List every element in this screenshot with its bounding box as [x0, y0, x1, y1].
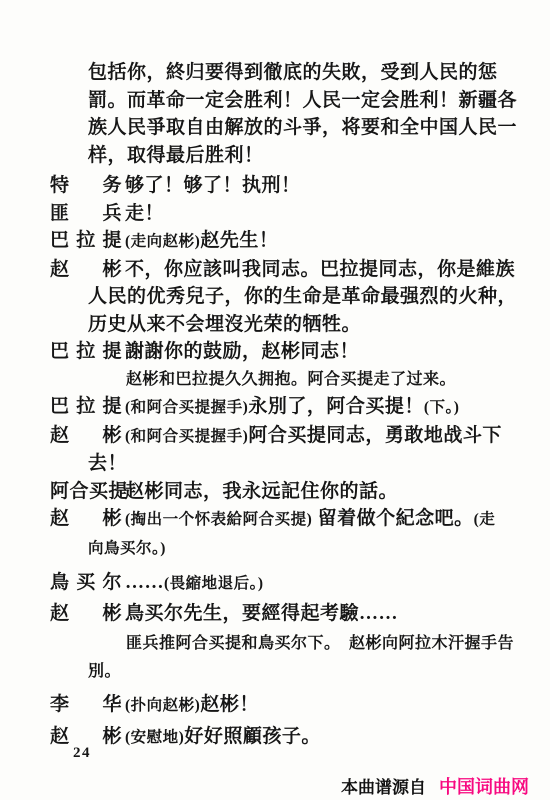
- dialogue-text: 留着做个紀念吧。: [312, 508, 473, 529]
- dialogue-text: 走！: [125, 203, 164, 224]
- stage-text: 別。: [88, 663, 121, 680]
- dialogue-row: 巴拉提謝謝你的鼓励，赵彬同志！: [0, 338, 550, 366]
- stage-direction-row: 匪兵推阿合买提和鳥买尔下。 赵彬向阿拉木汗握手告: [0, 630, 550, 658]
- dialogue-text: 鳥买尔先生，要經得起考驗……: [125, 603, 398, 624]
- dialogue-text: 不，你应該叫我同志。巴拉提同志，你是維族: [125, 259, 515, 280]
- stage-parenthetical: (安慰地): [125, 729, 184, 746]
- dialogue-text: 永別了，阿合买提！: [248, 396, 424, 417]
- stage-parenthetical: (畏縮地退后。): [164, 575, 264, 592]
- stage-parenthetical: (和阿合买提握手): [125, 399, 248, 416]
- stage-parenthetical: (掏出一个怀表給阿合买提): [125, 511, 312, 528]
- dialogue-continuation-row: 罰。而革命一定会胜利！人民一定会胜利！新疆各: [0, 87, 550, 115]
- speaker-name: 特 务: [50, 172, 122, 200]
- speaker-name: 赵 彬: [50, 422, 122, 450]
- dialogue-text: 赵彬！: [200, 694, 259, 715]
- stage-parenthetical: (走向赵彬): [125, 233, 200, 250]
- dialogue-text: 包括你，終归要得到徹底的失敗，受到人民的惩: [88, 62, 498, 83]
- dialogue-text: 去！: [88, 453, 127, 474]
- dialogue-text: 阿合买提同志，勇敢地战斗下: [248, 425, 502, 446]
- dialogue-wrap-row: 向鳥买尔。): [0, 534, 550, 563]
- dialogue-text: 族人民爭取自由解放的斗爭，将要和全中国人民一: [88, 117, 517, 138]
- dialogue-row: 匪 兵走！: [0, 200, 550, 228]
- speaker-name: 匪 兵: [50, 200, 122, 228]
- speaker-name: 赵 彬: [50, 256, 122, 284]
- dialogue-wrap-row: 去！: [0, 450, 550, 478]
- speaker-name: 巴拉提: [50, 338, 122, 366]
- dialogue-text: 历史从来不会埋沒光荣的牺牲。: [88, 314, 361, 335]
- dialogue-row: 阿合买提赵彬同志，我永远記住你的話。: [0, 478, 550, 506]
- dialogue-wrap-row: 历史从来不会埋沒光荣的牺牲。: [0, 311, 550, 339]
- stage-parenthetical: (下。): [424, 399, 460, 416]
- dialogue-row: 李 华(扑向赵彬)赵彬！: [0, 691, 550, 720]
- dialogue-row: 巴拉提(走向赵彬)赵先生！: [0, 227, 550, 256]
- dialogue-text: 人民的优秀兒子，你的生命是革命最强烈的火种，: [88, 286, 517, 307]
- stage-parenthetical: (和阿合买提握手): [125, 428, 248, 445]
- dialogue-text: 罰。而革命一定会胜利！人民一定会胜利！新疆各: [88, 90, 517, 111]
- speaker-name: 巴拉提: [50, 393, 122, 421]
- watermark-site: 中国词曲网: [439, 777, 529, 797]
- dialogue-text: 样，取得最后胜利！: [88, 145, 264, 166]
- dialogue-text: 够了！够了！执刑！: [125, 175, 301, 196]
- dialogue-continuation-row: 族人民爭取自由解放的斗爭，将要和全中国人民一: [0, 114, 550, 142]
- dialogue-row: 赵 彬不，你应該叫我同志。巴拉提同志，你是維族: [0, 256, 550, 284]
- stage-parenthetical: (扑向赵彬): [125, 697, 200, 714]
- speaker-name: 赵 彬: [50, 600, 122, 628]
- dialogue-row: 巴拉提(和阿合买提握手)永別了，阿合买提！(下。): [0, 393, 550, 422]
- speaker-name: 巴拉提: [50, 227, 122, 255]
- speaker-name: 赵 彬: [50, 505, 122, 533]
- dialogue-text: 好好照顧孩子。: [184, 726, 321, 747]
- scanned-script-page: 包括你，終归要得到徹底的失敗，受到人民的惩罰。而革命一定会胜利！人民一定会胜利！…: [0, 0, 550, 800]
- stage-parenthetical: 向鳥买尔。): [88, 540, 166, 557]
- dialogue-row: 赵 彬(掏出一个怀表給阿合买提) 留着做个紀念吧。(走: [0, 505, 550, 534]
- dialogue-text: 謝謝你的鼓励，赵彬同志！: [125, 341, 359, 362]
- dialogue-continuation-row: 样，取得最后胜利！: [0, 142, 550, 170]
- speaker-name: 李 华: [50, 691, 122, 719]
- dialogue-row: 特 务够了！够了！执刑！: [0, 172, 550, 200]
- speaker-name: 鳥买尔: [50, 569, 122, 597]
- script-body: 包括你，終归要得到徹底的失敗，受到人民的惩罰。而革命一定会胜利！人民一定会胜利！…: [0, 59, 550, 751]
- dialogue-wrap-row: 人民的优秀兒子，你的生命是革命最强烈的火种，: [0, 283, 550, 311]
- watermark: 本曲谱源自中国词曲网: [341, 773, 529, 799]
- speaker-name: 阿合买提: [50, 478, 122, 506]
- stage-text: 赵彬和巴拉提久久拥抱。阿合买提走了过来。: [126, 371, 456, 388]
- dialogue-row: 赵 彬(和阿合买提握手)阿合买提同志，勇敢地战斗下: [0, 422, 550, 451]
- page-number: 24: [73, 745, 91, 762]
- dialogue-text: 赵彬同志，我永远記住你的話。: [125, 481, 398, 502]
- dialogue-row: 鳥买尔……(畏縮地退后。): [0, 569, 550, 598]
- stage-parenthetical: (走: [474, 511, 496, 528]
- stage-direction-row: 赵彬和巴拉提久久拥抱。阿合买提走了过来。: [0, 366, 550, 394]
- dialogue-text: ……: [125, 572, 164, 593]
- dialogue-continuation-row: 包括你，終归要得到徹底的失敗，受到人民的惩: [0, 59, 550, 87]
- stage-direction-wrap-row: 別。: [0, 658, 550, 686]
- stage-text: 匪兵推阿合买提和鳥买尔下。 赵彬向阿拉木汗握手告: [126, 635, 514, 652]
- dialogue-text: 赵先生！: [200, 230, 278, 251]
- dialogue-row: 赵 彬鳥买尔先生，要經得起考驗……: [0, 600, 550, 628]
- watermark-prefix: 本曲谱源自: [341, 778, 426, 797]
